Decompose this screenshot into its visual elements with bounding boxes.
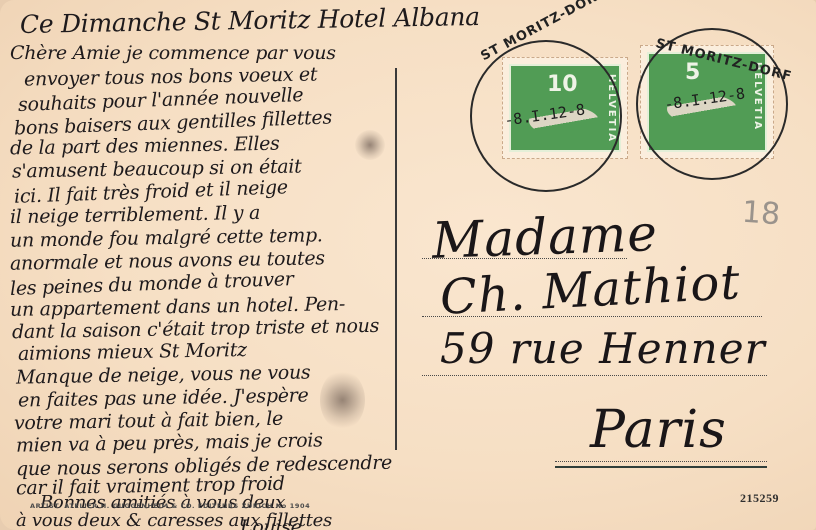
message-line: il neige terriblement. Il y a	[10, 202, 260, 228]
postmark: ST MORITZ-DORF -8.I.12-8	[470, 40, 622, 192]
address-line	[555, 461, 767, 462]
postmark-date: -8.I.12-8	[663, 84, 746, 113]
message-line: aimions mieux St Moritz	[18, 339, 247, 365]
postcard: Ce Dimanche St Moritz Hotel Albana Chère…	[0, 0, 816, 530]
recipient-street: 59 rue Henner	[440, 324, 766, 373]
address-line	[555, 466, 767, 468]
serial-number: 215259	[740, 491, 779, 506]
postmark-date: -8.I.12-8	[503, 100, 586, 129]
message-line: mien va à peu près, mais je crois	[16, 429, 323, 456]
recipient-city: Paris	[590, 400, 727, 460]
message-line: de la part des miennes. Elles	[10, 133, 280, 160]
ink-stain	[320, 370, 365, 430]
message-header: Ce Dimanche St Moritz Hotel Albana	[20, 2, 480, 39]
pencil-note: 18	[741, 195, 782, 233]
message-line: Chère Amie je commence par vous	[10, 42, 336, 64]
address-line	[422, 375, 767, 376]
postmark-town: ST MORITZ-DORF	[478, 0, 608, 64]
printer-credit: ARTIST. ATELIER H. GUGGENHEIM & CO. EDIT…	[30, 502, 310, 510]
center-divider	[395, 68, 397, 450]
ink-stain	[355, 130, 385, 160]
postmark: ST MORITZ-DORF -8.I.12-8	[636, 28, 788, 180]
postmark-town: ST MORITZ-DORF	[654, 36, 793, 84]
message-line: Louise	[240, 516, 302, 530]
